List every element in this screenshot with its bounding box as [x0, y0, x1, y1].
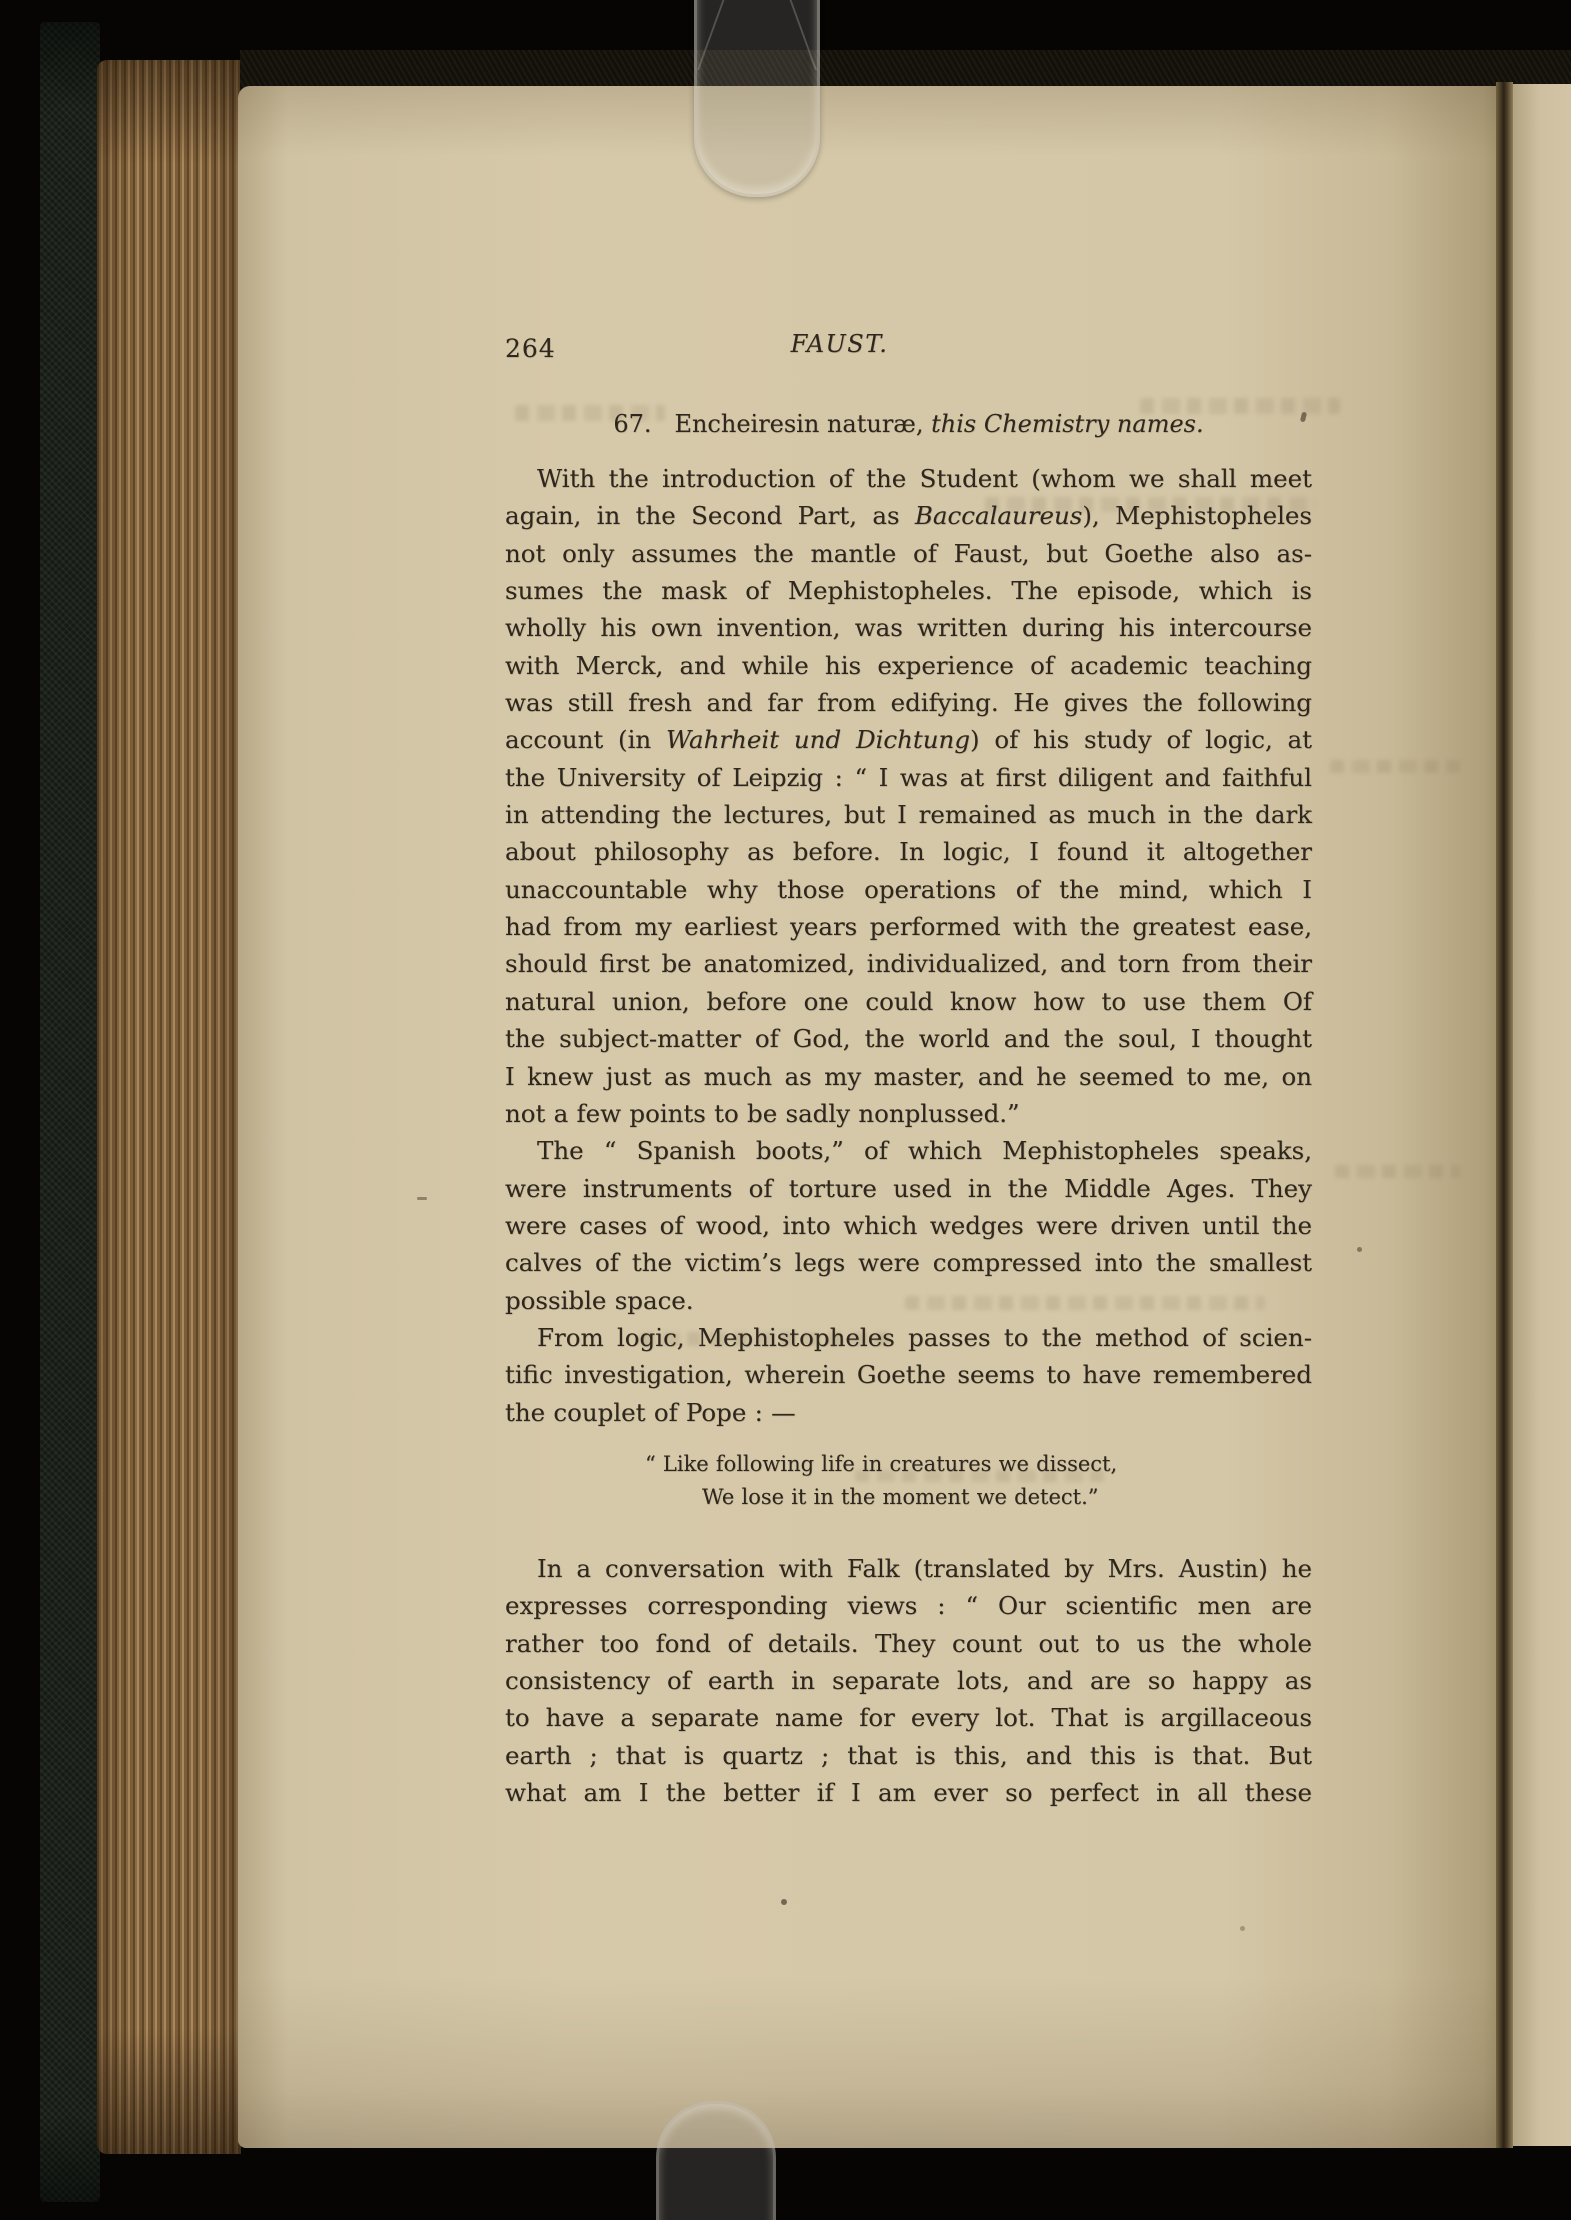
text-line: were cases of wood, into which wedges we…: [505, 1207, 1312, 1244]
text-line: rather too fond of details. They count o…: [505, 1625, 1312, 1662]
text-line: not only assumes the mantle of Faust, bu…: [505, 535, 1312, 572]
text-line: about philosophy as before. In logic, I …: [505, 833, 1312, 870]
text-line: wholly his own invention, was written du…: [505, 609, 1312, 646]
verse-line: “ Like following life in creatures we di…: [645, 1448, 1312, 1481]
text-line: with Merck, and while his experience of …: [505, 647, 1312, 684]
text-line: were instruments of torture used in the …: [505, 1170, 1312, 1207]
holder-strap-top: [694, 0, 820, 197]
text-line: should first be anatomized, individualiz…: [505, 945, 1312, 982]
text-line: In a conversation with Falk (translated …: [505, 1550, 1312, 1587]
paragraph: With the introduction of the Student (wh…: [505, 460, 1312, 1132]
verse-line: We lose it in the moment we detect.”: [702, 1481, 1312, 1514]
section-heading: 67. Encheiresin naturæ, this Chemistry n…: [505, 410, 1312, 438]
text-line: I knew just as much as my master, and he…: [505, 1058, 1312, 1095]
text-line: the University of Leipzig : “ I was at f…: [505, 759, 1312, 796]
ink-speck: [417, 1197, 427, 1200]
ink-speck: [781, 1899, 787, 1905]
text-line: With the introduction of the Student (wh…: [505, 460, 1312, 497]
scanned-book-photo: 264 FAUST. 67. Encheiresin naturæ, this …: [0, 0, 1571, 2220]
paragraph: From logic, Mephistopheles passes to the…: [505, 1319, 1312, 1431]
text-line: The “ Spanish boots,” of which Mephistop…: [505, 1132, 1312, 1169]
text-line: natural union, before one could know how…: [505, 983, 1312, 1020]
text-line: had from my earliest years performed wit…: [505, 908, 1312, 945]
show-through-mark: [1335, 1165, 1460, 1178]
text-line: earth ; that is quartz ; that is this, a…: [505, 1737, 1312, 1774]
text-line: the subject-matter of God, the world and…: [505, 1020, 1312, 1057]
paragraph: The “ Spanish boots,” of which Mephistop…: [505, 1132, 1312, 1319]
text-body: With the introduction of the Student (wh…: [505, 460, 1312, 1811]
text-line: sumes the mask of Mephistopheles. The ep…: [505, 572, 1312, 609]
show-through-mark: [1330, 760, 1460, 773]
ink-speck: [1357, 1247, 1362, 1252]
facing-page-sliver: [1513, 84, 1571, 2146]
page-gutter: [1496, 82, 1513, 2148]
verse-quote: “ Like following life in creatures we di…: [645, 1448, 1312, 1514]
text-line: in attending the lectures, but I remaine…: [505, 796, 1312, 833]
text-line: possible space.: [505, 1282, 1312, 1319]
holder-strap-bottom: [656, 2101, 776, 2220]
text-line: consistency of earth in separate lots, a…: [505, 1662, 1312, 1699]
book-cover-edge: [40, 22, 100, 2202]
text-line: expresses corresponding views : “ Our sc…: [505, 1587, 1312, 1624]
text-line: the couplet of Pope : —: [505, 1394, 1312, 1431]
section-number: 67.: [613, 410, 651, 438]
text-line: unaccountable why those operations of th…: [505, 871, 1312, 908]
text-line: not a few points to be sadly nonplussed.…: [505, 1095, 1312, 1132]
section-heading-roman: Encheiresin naturæ,: [674, 410, 923, 438]
ink-speck: [1240, 1926, 1245, 1931]
running-head: FAUST.: [757, 330, 922, 358]
text-line: to have a separate name for every lot. T…: [505, 1699, 1312, 1736]
text-line: was still fresh and far from edifying. H…: [505, 684, 1312, 721]
text-line: again, in the Second Part, as Baccalaure…: [505, 497, 1312, 534]
page-fore-edge-stack: [97, 60, 241, 2154]
text-line: calves of the victim’s legs were compres…: [505, 1244, 1312, 1281]
text-line: what am I the better if I am ever so per…: [505, 1774, 1312, 1811]
text-line: tific investigation, wherein Goethe seem…: [505, 1356, 1312, 1393]
section-heading-italic: this Chemistry names.: [931, 410, 1203, 438]
text-line: account (in Wahrheit und Dichtung) of hi…: [505, 721, 1312, 758]
paragraph: In a conversation with Falk (translated …: [505, 1550, 1312, 1811]
text-line: From logic, Mephistopheles passes to the…: [505, 1319, 1312, 1356]
page-number: 264: [505, 334, 556, 363]
